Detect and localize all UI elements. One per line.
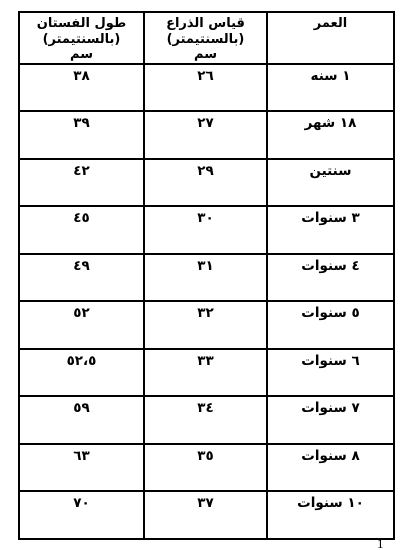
table-row: سنتين ٢٩ ٤٢ — [19, 159, 394, 207]
arm-measurement-cell: ٢٦ — [144, 64, 267, 112]
arm-measurement-cell: ٣٥ — [144, 444, 267, 492]
age-cell: ٨ سنوات — [267, 444, 394, 492]
dress-length-cell: ٦٣ — [19, 444, 144, 492]
document-page: العمر قياس الذراع (بالسنتيمتر) سم طول ال… — [0, 0, 405, 550]
age-cell: ١٠ سنوات — [267, 491, 394, 539]
header-arm-line-2: (بالسنتيمتر) — [145, 32, 266, 48]
age-cell: ٧ سنوات — [267, 396, 394, 444]
dress-length-cell: ٤٢ — [19, 159, 144, 207]
table-row: ٤ سنوات ٣١ ٤٩ — [19, 254, 394, 302]
table-row: ٧ سنوات ٣٤ ٥٩ — [19, 396, 394, 444]
header-arm-line-1: قياس الذراع — [145, 16, 266, 32]
measurements-table: العمر قياس الذراع (بالسنتيمتر) سم طول ال… — [18, 11, 395, 540]
dress-length-cell: ٥٩ — [19, 396, 144, 444]
dress-length-cell: ٧٠ — [19, 491, 144, 539]
header-dress-line-2: (بالسنتيمتر) — [20, 32, 143, 48]
age-cell: سنتين — [267, 159, 394, 207]
age-cell: ١ سنه — [267, 64, 394, 112]
table-row: ١ سنه ٢٦ ٣٨ — [19, 64, 394, 112]
arm-measurement-cell: ٣٠ — [144, 206, 267, 254]
column-header-age: العمر — [267, 12, 394, 64]
header-dress-line-1: طول الفستان — [20, 16, 143, 32]
column-header-dress-length: طول الفستان (بالسنتيمتر) سم — [19, 12, 144, 64]
arm-measurement-cell: ٣٢ — [144, 301, 267, 349]
dress-length-cell: ٣٩ — [19, 111, 144, 159]
column-header-arm-measurement: قياس الذراع (بالسنتيمتر) سم — [144, 12, 267, 64]
dress-length-cell: ٤٩ — [19, 254, 144, 302]
table-row: ١٨ شهر ٢٧ ٣٩ — [19, 111, 394, 159]
dress-length-cell: ٥٢،٥ — [19, 349, 144, 397]
arm-measurement-cell: ٢٧ — [144, 111, 267, 159]
header-dress-line-3: سم — [20, 47, 143, 63]
table-row: ٣ سنوات ٣٠ ٤٥ — [19, 206, 394, 254]
age-cell: ١٨ شهر — [267, 111, 394, 159]
page-number: 1 — [377, 536, 384, 550]
table-row: ٥ سنوات ٣٢ ٥٢ — [19, 301, 394, 349]
age-cell: ٣ سنوات — [267, 206, 394, 254]
age-cell: ٦ سنوات — [267, 349, 394, 397]
arm-measurement-cell: ٣١ — [144, 254, 267, 302]
arm-measurement-cell: ٢٩ — [144, 159, 267, 207]
dress-length-cell: ٣٨ — [19, 64, 144, 112]
table-row: ٨ سنوات ٣٥ ٦٣ — [19, 444, 394, 492]
header-arm-line-3: سم — [145, 47, 266, 63]
table-header-row: العمر قياس الذراع (بالسنتيمتر) سم طول ال… — [19, 12, 394, 64]
dress-length-cell: ٥٢ — [19, 301, 144, 349]
dress-length-cell: ٤٥ — [19, 206, 144, 254]
age-cell: ٤ سنوات — [267, 254, 394, 302]
arm-measurement-cell: ٣٣ — [144, 349, 267, 397]
arm-measurement-cell: ٣٧ — [144, 491, 267, 539]
arm-measurement-cell: ٣٤ — [144, 396, 267, 444]
table-row: ١٠ سنوات ٣٧ ٧٠ — [19, 491, 394, 539]
age-cell: ٥ سنوات — [267, 301, 394, 349]
header-age-line: العمر — [268, 16, 393, 32]
table-row: ٦ سنوات ٣٣ ٥٢،٥ — [19, 349, 394, 397]
